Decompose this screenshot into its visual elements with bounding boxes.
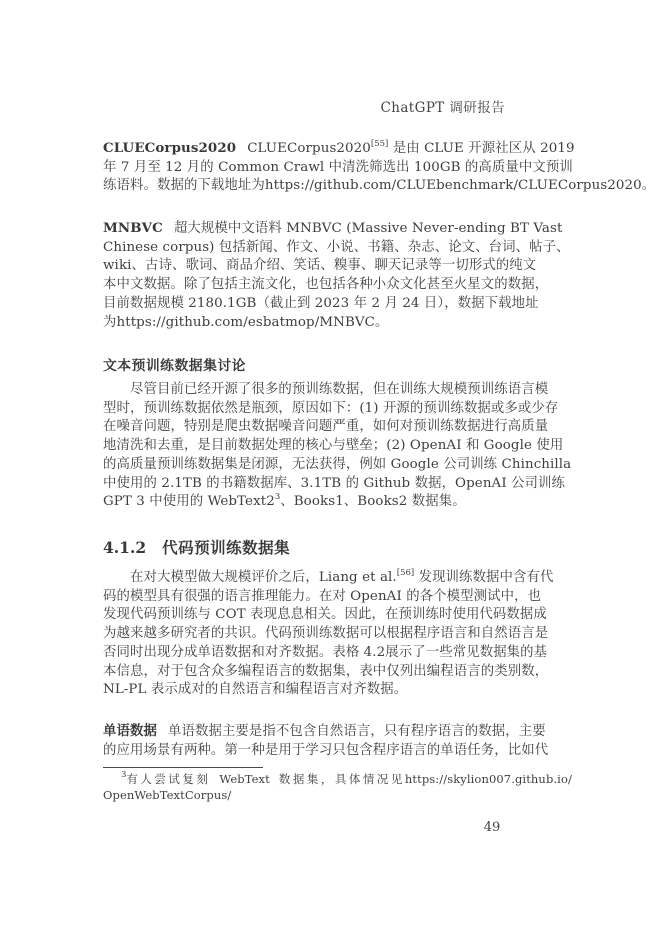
text-line: Chinese corpus) 包括新闻、作文、小说、书籍、杂志、论文、台词、帖… <box>103 239 563 258</box>
text-line: 目前数据规模 2180.1GB（截止到 2023 年 2 月 24 日），数据下… <box>103 295 563 314</box>
text-line: 码的模型具有很强的语言推理能力。在对 OpenAI 的各个模型测试中，也 <box>103 588 563 607</box>
text-line: 本中文数据。除了包括主流文化，也包括各种小众文化甚至火星文的数据， <box>103 276 563 295</box>
text-line: 单语数据单语数据主要是指不包含自然语言，只有程序语言的数据，主要 <box>103 722 563 742</box>
text-run: 有人尝试复刻 <box>126 772 210 786</box>
section-heading-4-1-2: 4.1.2代码预训练数据集 <box>103 536 290 558</box>
footnote-url: https://skylion007.github.io/ <box>405 772 572 786</box>
text-line: 型时，预训练数据依然是瓶颈，原因如下：(1) 开源的预训练数据或多或少存 <box>103 400 563 419</box>
page-number: 49 <box>478 820 506 835</box>
text-line: 在对大模型做大规模评价之后，Liang et al.[56] 发现训练数据中含有… <box>103 569 563 588</box>
text-run: 超大规模中文语料 MNBVC (Massive Never-ending BT … <box>174 221 563 236</box>
text-line: NL-PL 表示成对的自然语言和编程语言对齐数据。 <box>103 681 563 700</box>
text-line: 年 7 月至 12 月的 Common Crawl 中清洗筛选出 100GB 的… <box>103 159 563 178</box>
text-run: 是由 CLUE 开源社区从 2019 <box>388 141 574 156</box>
paragraph-discussion: 尽管目前已经开源了很多的预训练数据，但在训练大规模预训练语言模 型时，预训练数据… <box>103 381 563 512</box>
paragraph-mnbvc: MNBVC超大规模中文语料 MNBVC (Massive Never-endin… <box>103 219 563 332</box>
section-title: 代码预训练数据集 <box>162 538 290 557</box>
document-page: ChatGPT 调研报告 CLUECorpus2020CLUECorpus202… <box>0 0 660 934</box>
text-line: 的应用场景有两种。第一种是用于学习只包含程序语言的单语任务，比如代 <box>103 742 563 761</box>
text-line: MNBVC超大规模中文语料 MNBVC (Massive Never-endin… <box>103 219 563 239</box>
footnote: 3有人尝试复刻WebText数据集，具体情况见https://skylion00… <box>103 772 563 803</box>
text-line: GPT 3 中使用的 WebText23、Books1、Books2 数据集。 <box>103 493 563 512</box>
text-run: 单语数据主要是指不包含自然语言，只有程序语言的数据，主要 <box>168 724 546 739</box>
citation-ref-56: [56] <box>397 568 414 578</box>
text-line: CLUECorpus2020CLUECorpus2020[55] 是由 CLUE… <box>103 139 563 159</box>
text-run: 数据集，具体情况见 <box>279 772 405 786</box>
text-line: 的高质量预训练数据集是闭源，无法获得，例如 Google 公司训练 Chinch… <box>103 456 563 475</box>
term-monolingual-data: 单语数据 <box>103 723 157 739</box>
term-mnbvc: MNBVC <box>103 220 163 236</box>
text-line: 尽管目前已经开源了很多的预训练数据，但在训练大规模预训练语言模 <box>103 381 563 400</box>
section-number: 4.1.2 <box>103 538 146 557</box>
paragraph-cluecorpus2020: CLUECorpus2020CLUECorpus2020[55] 是由 CLUE… <box>103 139 563 196</box>
text-line: 发现代码预训练与 COT 表现息息相关。因此，在预训练时使用代码数据成 <box>103 606 563 625</box>
text-run: 在对大模型做大规模评价之后，Liang et al. <box>130 570 397 585</box>
text-run: CLUECorpus2020 <box>247 141 371 156</box>
text-line: 地清洗和去重，是目前数据处理的核心与壁垒；(2) OpenAI 和 Google… <box>103 437 563 456</box>
text-run: WebText <box>219 772 269 786</box>
text-line: 本信息，对于包含众多编程语言的数据集，表中仅列出编程语言的类别数， <box>103 663 563 682</box>
text-run: GPT 3 中使用的 WebText2 <box>103 494 275 509</box>
page-header-title: ChatGPT 调研报告 <box>0 96 505 116</box>
term-cluecorpus2020: CLUECorpus2020 <box>103 140 236 156</box>
text-line: 中使用的 2.1TB 的书籍数据库、3.1TB 的 Github 数据，Open… <box>103 475 563 494</box>
paragraph-monolingual-data: 单语数据单语数据主要是指不包含自然语言，只有程序语言的数据，主要 的应用场景有两… <box>103 722 563 760</box>
text-line: 练语料。数据的下载地址为https://github.com/CLUEbench… <box>103 177 563 196</box>
subsection-heading-text-pretraining-discussion: 文本预训练数据集讨论 <box>103 354 246 374</box>
footnote-ref-3: 3 <box>275 492 280 502</box>
text-line: 在噪音问题，特别是爬虫数据噪音问题严重，如何对预训练数据进行高质量 <box>103 418 563 437</box>
footnote-line: 3有人尝试复刻WebText数据集，具体情况见https://skylion00… <box>103 772 563 788</box>
text-line: 为越来越多研究者的共识。代码预训练数据可以根据程序语言和自然语言是 <box>103 625 563 644</box>
footnote-line: OpenWebTextCorpus/ <box>103 788 563 804</box>
footnote-rule <box>103 767 263 768</box>
text-line: 否同时出现分成单语数据和对齐数据。表格 4.2展示了一些常见数据集的基 <box>103 644 563 663</box>
footnote-marker: 3 <box>121 770 126 780</box>
text-line: 为https://github.com/esbatmop/MNBVC。 <box>103 314 563 333</box>
text-run: 发现训练数据中含有代 <box>414 570 553 585</box>
text-line: wiki、古诗、歌词、商品介绍、笑话、糗事、聊天记录等一切形式的纯文 <box>103 257 563 276</box>
paragraph-code-pretraining: 在对大模型做大规模评价之后，Liang et al.[56] 发现训练数据中含有… <box>103 569 563 700</box>
citation-ref-55: [55] <box>371 139 388 149</box>
text-run: 、Books1、Books2 数据集。 <box>280 494 465 509</box>
